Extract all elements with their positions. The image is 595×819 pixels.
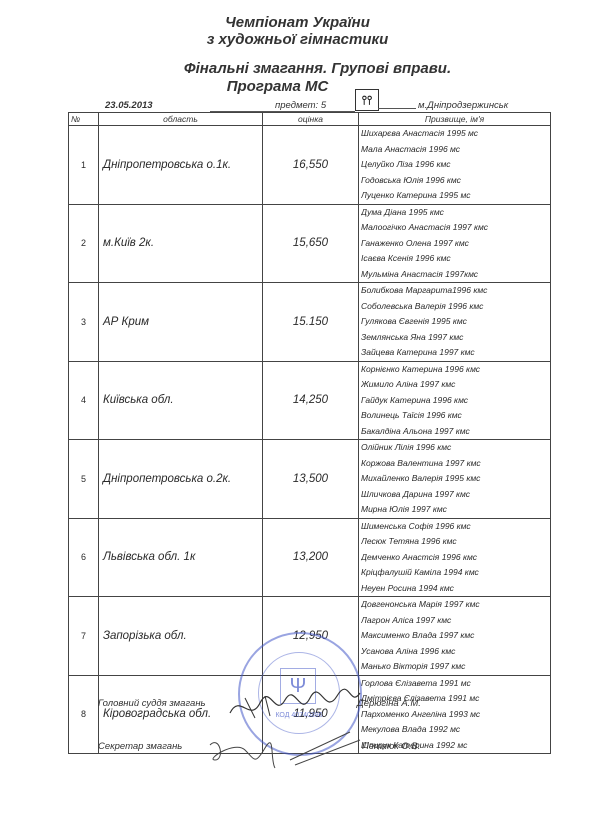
athlete-name: Ісаєва Ксенія 1996 кмс [361, 251, 550, 267]
athlete-name: Гулякова Євгенія 1995 кмс [361, 314, 550, 330]
athlete-name: Довгенонська Марія 1997 кмс [361, 597, 550, 613]
athlete-name: Зайцева Катерина 1997 кмс [361, 345, 550, 361]
place-number: 1 [69, 126, 99, 205]
athlete-name: Ганаженко Олена 1997 кмс [361, 236, 550, 252]
athlete-name: Волинець Таїсія 1996 кмс [361, 408, 550, 424]
athlete-name: Демченко Анастсія 1996 кмс [361, 550, 550, 566]
region-name: Дніпропетровська о.2к. [99, 440, 263, 519]
championship-subtitle: з художньої гімнастики [0, 31, 595, 48]
secretary-signature [200, 730, 370, 775]
athlete-name: Землянська Яна 1997 кмс [361, 330, 550, 346]
athlete-name: Усанова Аліна 1996 кмс [361, 644, 550, 660]
region-name: АР Крим [99, 283, 263, 362]
athlete-name: Целуйко Ліза 1996 кмс [361, 157, 550, 173]
place-number: 5 [69, 440, 99, 519]
athlete-name: Бакалдіна Альона 1997 кмс [361, 424, 550, 440]
championship-title: Чемпіонат України [0, 14, 595, 31]
athlete-name: Корнієнко Катерина 1996 кмс [361, 362, 550, 378]
secretary-name: Петлюк О.В. [362, 741, 420, 752]
athlete-name: Малоогічко Анастасія 1997 кмс [361, 220, 550, 236]
athlete-names: Болибкова Маргарита1996 кмсСоболевська В… [359, 283, 551, 362]
athlete-name: Коржова Валентина 1997 кмс [361, 456, 550, 472]
table-row: 1Дніпропетровська о.1к.16,550Шихарєва Ан… [69, 126, 551, 205]
competition-title: Фінальні змагання. Групові вправи. [20, 60, 595, 77]
judge-signature [225, 688, 365, 728]
region-name: Запорізька обл. [99, 597, 263, 676]
athlete-name: Лагрон Аліса 1997 кмс [361, 613, 550, 629]
place-number: 4 [69, 361, 99, 440]
athlete-name: Максименко Влада 1997 кмс [361, 628, 550, 644]
athlete-name: Мала Анастасія 1996 мс [361, 142, 550, 158]
athlete-name: Кріцфалушій Каміла 1994 кмс [361, 565, 550, 581]
athlete-name: Мекулова Влада 1992 мс [361, 722, 550, 738]
program-title: Програма МС [0, 78, 575, 95]
athlete-name: Неуен Росина 1994 кмс [361, 581, 550, 597]
table-row: 2м.Київ 2к.15,650Дума Діана 1995 кмсМало… [69, 204, 551, 283]
athlete-name: Мирна Юлія 1997 кмс [361, 502, 550, 518]
competition-date: 23.05.2013 [105, 100, 153, 111]
score-value: 16,550 [263, 126, 359, 205]
subject-label: предмет: 5 [275, 100, 326, 111]
athlete-name: Шименська Софія 1996 кмс [361, 519, 550, 535]
athlete-name: Луценко Катерина 1995 мс [361, 188, 550, 204]
place-number: 8 [69, 675, 99, 754]
secretary-label: Секретар змагань [98, 741, 182, 752]
score-value: 13,200 [263, 518, 359, 597]
athlete-name: Годовська Юлія 1996 кмс [361, 173, 550, 189]
table-header-row: № область оцінка Призвище, ім'я [69, 113, 551, 126]
region-name: Київська обл. [99, 361, 263, 440]
athlete-name: Шихарєва Анастасія 1995 мс [361, 126, 550, 142]
athlete-name: Мульміна Анастасія 1997кмс [361, 267, 550, 283]
chief-judge-name: Дерюгіна А.М. [357, 698, 421, 709]
table-row: 5Дніпропетровська о.2к.13,500Олійник Ліл… [69, 440, 551, 519]
region-name: Львівська обл. 1к [99, 518, 263, 597]
region-name: м.Київ 2к. [99, 204, 263, 283]
athlete-names: Дума Діана 1995 кмсМалоогічко Анастасія … [359, 204, 551, 283]
score-value: 15,650 [263, 204, 359, 283]
place-number: 2 [69, 204, 99, 283]
chief-judge-label: Головний суддя змагань [98, 698, 206, 709]
athlete-names: Шихарєва Анастасія 1995 мсМала Анастасія… [359, 126, 551, 205]
athlete-name: Горлова Єлізавета 1991 мс [361, 676, 550, 692]
table-row: 4Київська обл.14,250Корнієнко Катерина 1… [69, 361, 551, 440]
athlete-names: Корнієнко Катерина 1996 кмсЖимило Аліна … [359, 361, 551, 440]
place-number: 6 [69, 518, 99, 597]
table-row: 3АР Крим15.150Болибкова Маргарита1996 км… [69, 283, 551, 362]
column-header-region: область [99, 113, 263, 126]
athlete-name: Гайдук Катерина 1996 кмс [361, 393, 550, 409]
score-value: 14,250 [263, 361, 359, 440]
athlete-names: Довгенонська Марія 1997 кмсЛагрон Аліса … [359, 597, 551, 676]
column-header-score: оцінка [263, 113, 359, 126]
athlete-name: Дума Діана 1995 кмс [361, 205, 550, 221]
column-header-number: № [69, 113, 99, 126]
place-number: 3 [69, 283, 99, 362]
place-number: 7 [69, 597, 99, 676]
athlete-name: Соболевська Валерія 1996 кмс [361, 299, 550, 315]
region-name: Дніпропетровська о.1к. [99, 126, 263, 205]
table-row: 6Львівська обл. 1к13,200Шименська Софія … [69, 518, 551, 597]
athlete-name: Лесюк Тетяна 1996 кмс [361, 534, 550, 550]
city-underline [378, 108, 416, 109]
athlete-name: Жимило Аліна 1997 кмс [361, 377, 550, 393]
athlete-names: Шименська Софія 1996 кмсЛесюк Тетяна 199… [359, 518, 551, 597]
clubs-icon: ⫯⫯ [355, 89, 379, 111]
column-header-names: Призвище, ім'я [359, 113, 551, 126]
athlete-name: Михайленко Валерія 1995 кмс [361, 471, 550, 487]
athlete-name: Олійник Лілія 1996 кмс [361, 440, 550, 456]
city-label: м.Дніпродзержинськ [418, 100, 508, 111]
athlete-name: Шличкова Дарина 1997 кмс [361, 487, 550, 503]
athlete-name: Болибкова Маргарита1996 кмс [361, 283, 550, 299]
score-value: 13,500 [263, 440, 359, 519]
athlete-names: Олійник Лілія 1996 кмсКоржова Валентина … [359, 440, 551, 519]
athlete-name: Манько Вікторія 1997 кмс [361, 659, 550, 675]
score-value: 15.150 [263, 283, 359, 362]
